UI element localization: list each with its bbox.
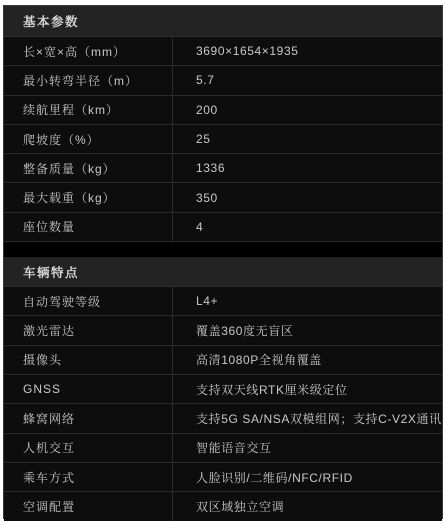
spec-label: 蜂窝网络 bbox=[4, 404, 173, 432]
spec-value: 3690×1654×1935 bbox=[173, 37, 442, 65]
spec-row-turning-radius: 最小转弯半径（m） 5.7 bbox=[4, 66, 442, 95]
spec-label: 续航里程（km） bbox=[4, 96, 173, 124]
spec-value: 1336 bbox=[173, 154, 442, 182]
spec-value: 智能语音交互 bbox=[173, 434, 442, 462]
spec-label: 最小转弯半径（m） bbox=[4, 66, 173, 94]
vehicle-spec-table: 基本参数 长×宽×高（mm） 3690×1654×1935 最小转弯半径（m） … bbox=[3, 5, 443, 519]
spec-label: 自动驾驶等级 bbox=[4, 287, 173, 315]
spec-label: 空调配置 bbox=[4, 492, 173, 521]
spec-label: 长×宽×高（mm） bbox=[4, 37, 173, 65]
spec-row-camera: 摄像头 高清1080P全视角覆盖 bbox=[4, 346, 442, 375]
spec-label: 激光雷达 bbox=[4, 316, 173, 344]
spec-value: 双区域独立空调 bbox=[173, 492, 442, 521]
spec-value: 人脸识别/二维码/NFC/RFID bbox=[173, 463, 442, 491]
spec-row-hmi: 人机交互 智能语音交互 bbox=[4, 434, 442, 463]
spec-row-range: 续航里程（km） 200 bbox=[4, 96, 442, 125]
page: 基本参数 长×宽×高（mm） 3690×1654×1935 最小转弯半径（m） … bbox=[0, 0, 446, 526]
spec-value: 200 bbox=[173, 96, 442, 124]
spec-label: 乘车方式 bbox=[4, 463, 173, 491]
spec-label: 整备质量（kg） bbox=[4, 154, 173, 182]
spec-label: 最大载重（kg） bbox=[4, 183, 173, 211]
spec-value: 25 bbox=[173, 125, 442, 153]
section-header-basic-params: 基本参数 bbox=[4, 6, 442, 37]
section-header-vehicle-features: 车辆特点 bbox=[4, 257, 442, 287]
spec-label: GNSS bbox=[4, 375, 173, 403]
spec-row-seats: 座位数量 4 bbox=[4, 213, 442, 242]
spec-value: 5.7 bbox=[173, 66, 442, 94]
spec-value: 支持5G SA/NSA双模组网；支持C-V2X通讯 bbox=[173, 404, 442, 432]
spec-value: 4 bbox=[173, 213, 442, 241]
spec-label: 爬坡度（%） bbox=[4, 125, 173, 153]
spec-row-max-load: 最大载重（kg） 350 bbox=[4, 183, 442, 212]
spec-row-gnss: GNSS 支持双天线RTK厘米级定位 bbox=[4, 375, 442, 404]
spec-row-autonomy-level: 自动驾驶等级 L4+ bbox=[4, 287, 442, 316]
spec-row-gradeability: 爬坡度（%） 25 bbox=[4, 125, 442, 154]
spec-row-dimensions: 长×宽×高（mm） 3690×1654×1935 bbox=[4, 37, 442, 66]
section-title: 基本参数 bbox=[23, 12, 79, 30]
spec-label: 人机交互 bbox=[4, 434, 173, 462]
spec-label: 摄像头 bbox=[4, 346, 173, 374]
spec-value: 350 bbox=[173, 183, 442, 211]
section-divider-gap bbox=[4, 242, 442, 257]
spec-label: 座位数量 bbox=[4, 213, 173, 241]
spec-row-lidar: 激光雷达 覆盖360度无盲区 bbox=[4, 316, 442, 345]
spec-row-boarding: 乘车方式 人脸识别/二维码/NFC/RFID bbox=[4, 463, 442, 492]
spec-row-curb-weight: 整备质量（kg） 1336 bbox=[4, 154, 442, 183]
spec-value: 高清1080P全视角覆盖 bbox=[173, 346, 442, 374]
spec-row-cellular: 蜂窝网络 支持5G SA/NSA双模组网；支持C-V2X通讯 bbox=[4, 404, 442, 433]
section-title: 车辆特点 bbox=[23, 263, 79, 281]
spec-value: 支持双天线RTK厘米级定位 bbox=[173, 375, 442, 403]
spec-value: L4+ bbox=[173, 287, 442, 315]
spec-row-aircon: 空调配置 双区域独立空调 bbox=[4, 492, 442, 521]
spec-value: 覆盖360度无盲区 bbox=[173, 316, 442, 344]
